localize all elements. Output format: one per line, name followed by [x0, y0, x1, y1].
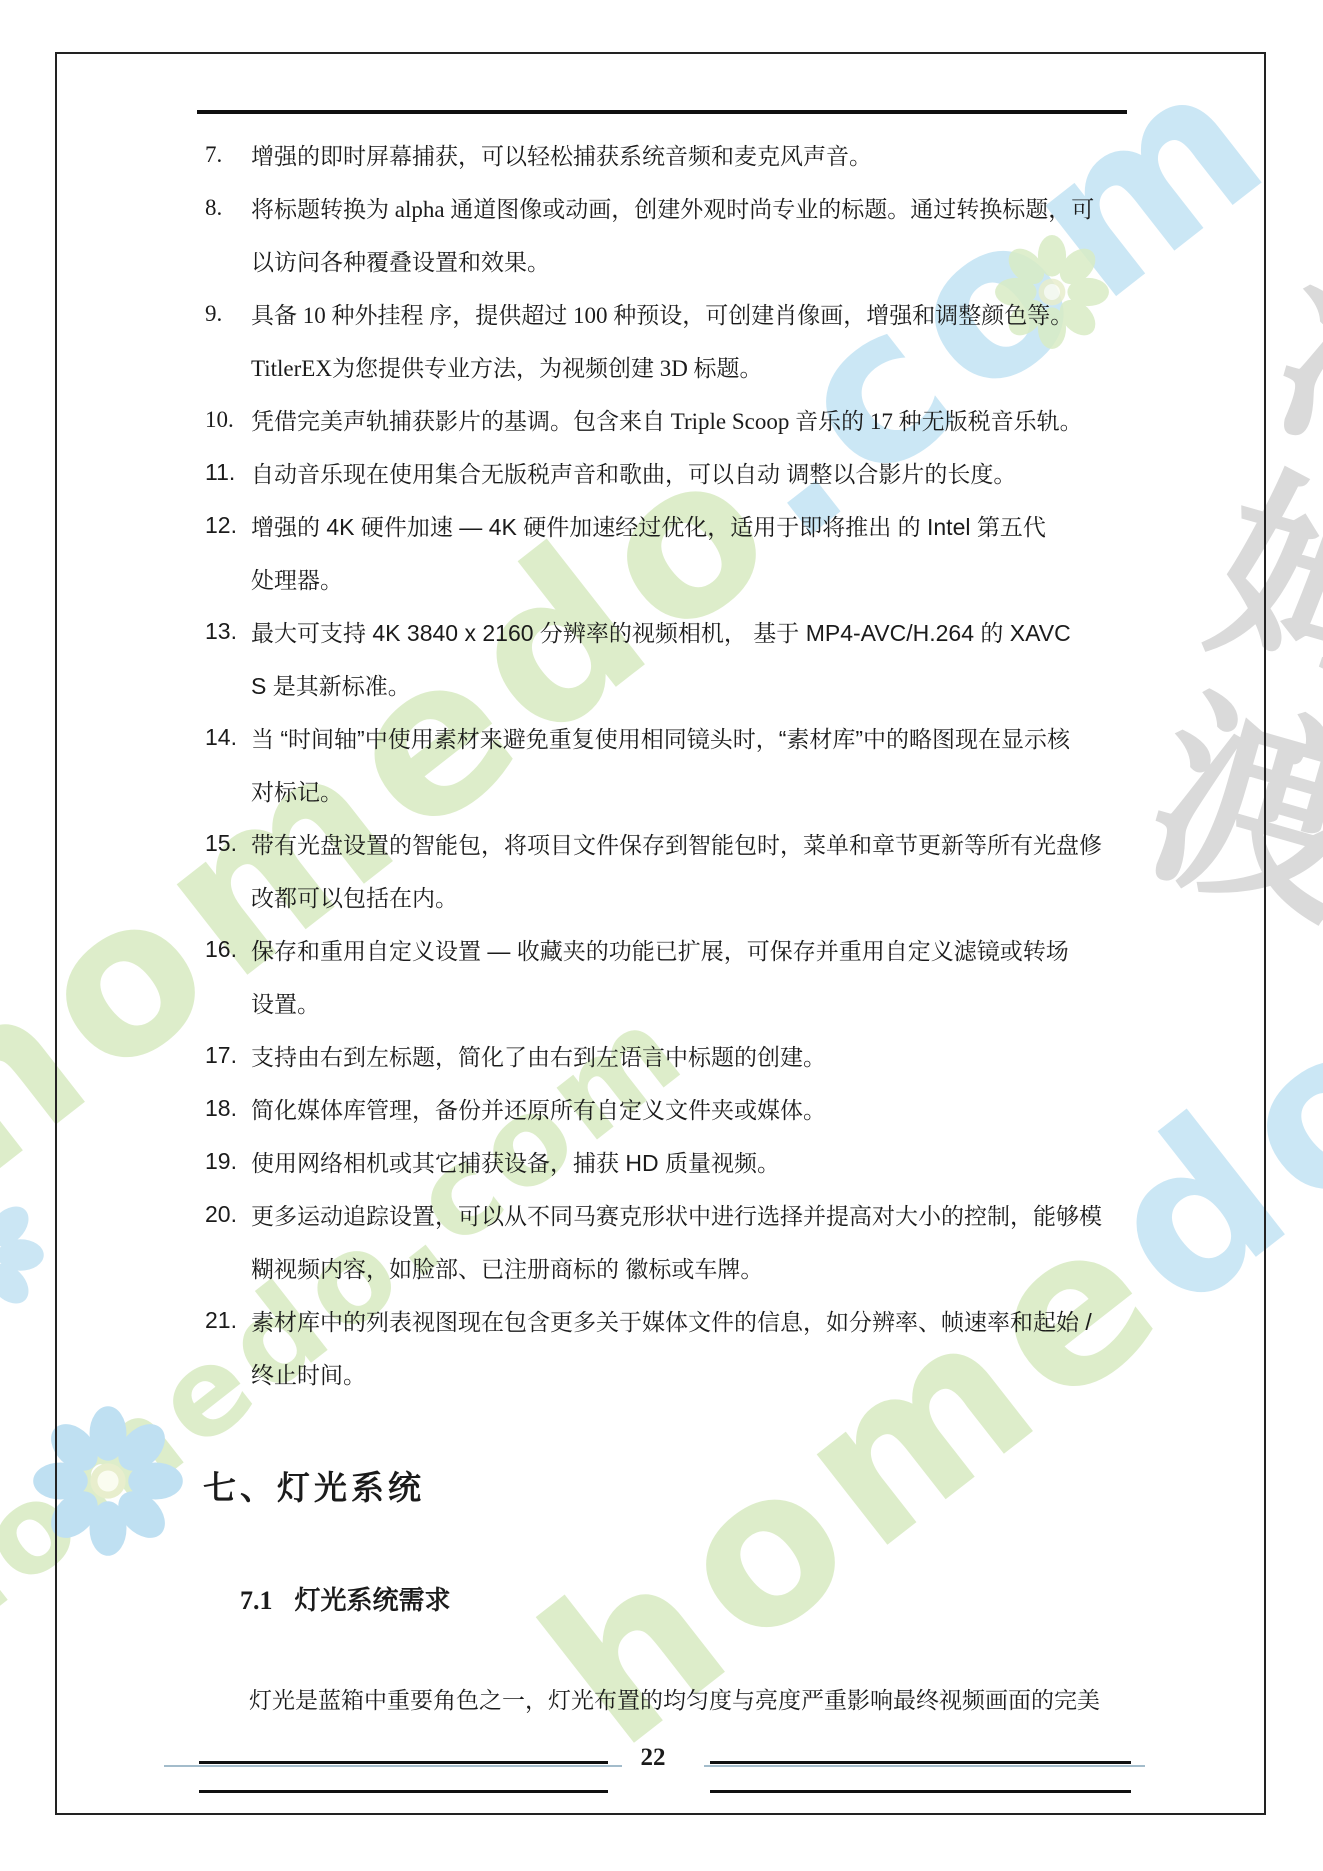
item-number: 13. [205, 605, 251, 658]
subsection-title: 灯光系统需求 [295, 1586, 451, 1615]
subsection-heading: 7.1灯光系统需求 [240, 1580, 451, 1617]
footer-rule-right-bottom [710, 1790, 1131, 1793]
header-rule [197, 110, 1127, 114]
item-line: 更多运动追踪设置，可以从不同马赛克形状中进行选择并提高对大小的控制，能够模 [251, 1188, 1133, 1241]
list-item: 9.具备 10 种外挂程 序，提供超过 100 种预设，可创建肖像画，增强和调整… [205, 287, 1133, 393]
item-line: 凭借完美声轨捕获影片的基调。包含来自 Triple Scoop 音乐的 17 种… [251, 393, 1133, 446]
item-line: 素材库中的列表视图现在包含更多关于媒体文件的信息，如分辨率、帧速率和起始 / [251, 1294, 1133, 1347]
item-line: 糊视频内容，如脸部、已注册商标的 徽标或车牌。 [251, 1241, 1133, 1294]
section-heading: 七、灯光系统 [203, 1462, 425, 1509]
item-number: 18. [205, 1082, 251, 1135]
list-item: 18.简化媒体库管理，备份并还原所有自定义文件夹或媒体。 [205, 1082, 1133, 1135]
item-number: 8. [205, 181, 251, 234]
item-number: 15. [205, 817, 251, 870]
item-number: 10. [205, 393, 251, 446]
item-line: 对标记。 [251, 764, 1133, 817]
item-number: 16. [205, 923, 251, 976]
feature-list: 7.增强的即时屏幕捕获，可以轻松捕获系统音频和麦克风声音。8.将标题转换为 al… [205, 128, 1133, 1400]
item-line: 终止时间。 [251, 1347, 1133, 1400]
list-item: 12.增强的 4K 硬件加速 — 4K 硬件加速经过优化，适用于即将推出 的 I… [205, 499, 1133, 605]
item-line: 将标题转换为 alpha 通道图像或动画，创建外观时尚专业的标题。通过转换标题，… [251, 181, 1133, 234]
list-item: 13.最大可支持 4K 3840 x 2160 分辨率的视频相机， 基于 MP4… [205, 605, 1133, 711]
item-line: TitlerEX为您提供专业方法，为视频创建 3D 标题。 [251, 340, 1133, 393]
footer-accent-line-right [704, 1765, 1145, 1767]
item-line: 支持由右到左标题，简化了由右到左语言中标题的创建。 [251, 1029, 1133, 1082]
item-number: 11. [205, 446, 251, 499]
item-number: 20. [205, 1188, 251, 1241]
item-line: 增强的 4K 硬件加速 — 4K 硬件加速经过优化，适用于即将推出 的 Inte… [251, 499, 1133, 552]
list-item: 11.自动音乐现在使用集合无版税声音和歌曲，可以自动 调整以合影片的长度。 [205, 446, 1133, 499]
body-paragraph: 灯光是蓝箱中重要角色之一，灯光布置的均匀度与亮度严重影响最终视频画面的完美 [249, 1682, 1100, 1715]
list-item: 20.更多运动追踪设置，可以从不同马赛克形状中进行选择并提高对大小的控制，能够模… [205, 1188, 1133, 1294]
item-number: 14. [205, 711, 251, 764]
item-line: 增强的即时屏幕捕获，可以轻松捕获系统音频和麦克风声音。 [251, 128, 1133, 181]
footer-rule-left-top [199, 1761, 608, 1764]
item-line: 当 “时间轴”中使用素材来避免重复使用相同镜头时，“素材库”中的略图现在显示核 [251, 711, 1133, 764]
footer-rule-right-top [710, 1761, 1131, 1764]
list-item: 10.凭借完美声轨捕获影片的基调。包含来自 Triple Scoop 音乐的 1… [205, 393, 1133, 446]
item-line: 设置。 [251, 976, 1133, 1029]
item-line: 具备 10 种外挂程 序，提供超过 100 种预设，可创建肖像画，增强和调整颜色… [251, 287, 1133, 340]
footer-accent-line-left [164, 1765, 622, 1767]
item-line: 自动音乐现在使用集合无版税声音和歌曲，可以自动 调整以合影片的长度。 [251, 446, 1133, 499]
page-number: 22 [628, 1744, 678, 1772]
item-line: 简化媒体库管理，备份并还原所有自定义文件夹或媒体。 [251, 1082, 1133, 1135]
document-page: homedo.com homedo.com homedo.com 河姆渡 7.增… [0, 0, 1323, 1871]
item-line: 处理器。 [251, 552, 1133, 605]
list-item: 17.支持由右到左标题，简化了由右到左语言中标题的创建。 [205, 1029, 1133, 1082]
item-line: 以访问各种覆叠设置和效果。 [251, 234, 1133, 287]
item-line: 带有光盘设置的智能包，将项目文件保存到智能包时，菜单和章节更新等所有光盘修 [251, 817, 1133, 870]
footer-rule-left-bottom [199, 1790, 608, 1793]
item-number: 9. [205, 287, 251, 340]
list-item: 7.增强的即时屏幕捕获，可以轻松捕获系统音频和麦克风声音。 [205, 128, 1133, 181]
item-line: 保存和重用自定义设置 — 收藏夹的功能已扩展，可保存并重用自定义滤镜或转场 [251, 923, 1133, 976]
item-number: 17. [205, 1029, 251, 1082]
list-item: 8.将标题转换为 alpha 通道图像或动画，创建外观时尚专业的标题。通过转换标… [205, 181, 1133, 287]
list-item: 15.带有光盘设置的智能包，将项目文件保存到智能包时，菜单和章节更新等所有光盘修… [205, 817, 1133, 923]
item-line: 最大可支持 4K 3840 x 2160 分辨率的视频相机， 基于 MP4-AV… [251, 605, 1133, 658]
item-line: 使用网络相机或其它捕获设备，捕获 HD 质量视频。 [251, 1135, 1133, 1188]
subsection-number: 7.1 [240, 1586, 273, 1615]
item-number: 12. [205, 499, 251, 552]
item-line: S 是其新标准。 [251, 658, 1133, 711]
item-line: 改都可以包括在内。 [251, 870, 1133, 923]
list-item: 19.使用网络相机或其它捕获设备，捕获 HD 质量视频。 [205, 1135, 1133, 1188]
item-number: 21. [205, 1294, 251, 1347]
item-number: 7. [205, 128, 251, 181]
list-item: 21.素材库中的列表视图现在包含更多关于媒体文件的信息，如分辨率、帧速率和起始 … [205, 1294, 1133, 1400]
list-item: 14.当 “时间轴”中使用素材来避免重复使用相同镜头时，“素材库”中的略图现在显… [205, 711, 1133, 817]
list-item: 16.保存和重用自定义设置 — 收藏夹的功能已扩展，可保存并重用自定义滤镜或转场… [205, 923, 1133, 1029]
item-number: 19. [205, 1135, 251, 1188]
